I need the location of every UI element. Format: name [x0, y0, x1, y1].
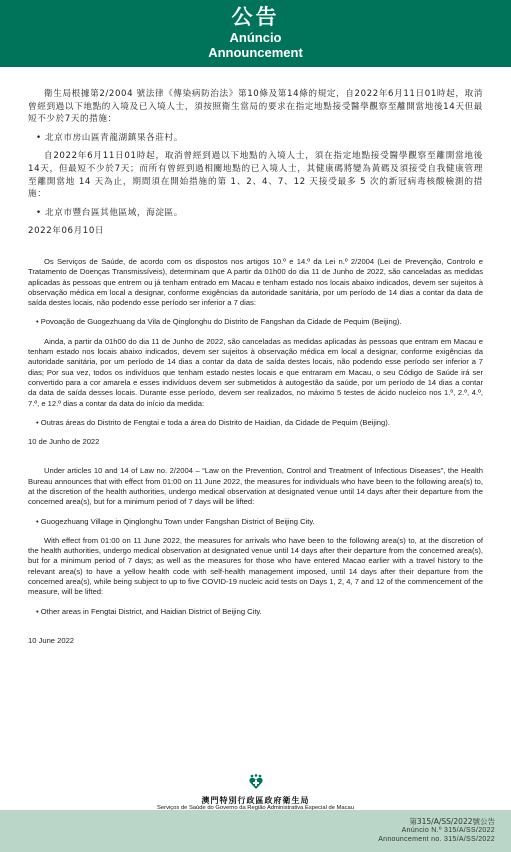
- zh-bullet-2: • 北京市豐台區其他區域，海淀區。: [28, 207, 483, 220]
- reference-numbers: 第315/A/SS/2022號公告 Anúncio N.º 315/A/SS/2…: [378, 816, 495, 844]
- zh-paragraph-2: 自2022年6月11日01時起，取消曾經到過以下地點的入境人士，須在指定地點接受…: [28, 150, 483, 200]
- pt-bullet-2: • Outras áreas do Distrito de Fengtai e …: [28, 418, 483, 428]
- zh-date: 2022年06月10日: [28, 225, 483, 238]
- organization-name-zh: 澳門特別行政區政府衛生局: [0, 796, 511, 805]
- portuguese-section: Os Serviços de Saúde, de acordo com os d…: [28, 257, 483, 447]
- reference-en: Announcement no. 315/A/SS/2022: [378, 836, 495, 845]
- title-en: Announcement: [0, 45, 511, 60]
- zh-paragraph-1: 衛生局根據第2/2004 號法律《傳染病防治法》第10條及第14條的規定，自20…: [28, 88, 483, 126]
- en-bullet-2: • Other areas in Fengtai District, and H…: [28, 607, 483, 617]
- english-section: Under articles 10 and 14 of Law no. 2/20…: [28, 466, 483, 646]
- organization-block: 澳門特別行政區政府衛生局 Serviços de Saúde do Govern…: [0, 774, 511, 812]
- en-paragraph-1: Under articles 10 and 14 of Law no. 2/20…: [28, 466, 483, 507]
- pt-bullet-1: • Povoação de Guogezhuang da Vila de Qin…: [28, 317, 483, 327]
- chinese-section: 衛生局根據第2/2004 號法律《傳染病防治法》第10條及第14條的規定，自20…: [28, 88, 483, 238]
- announcement-footer: 第315/A/SS/2022號公告 Anúncio N.º 315/A/SS/2…: [0, 810, 511, 852]
- zh-bullet-1: • 北京市房山區青龍湖鎮果各莊村。: [28, 132, 483, 145]
- announcement-header: 公告 Anúncio Announcement: [0, 0, 511, 67]
- en-bullet-1: • Guogezhuang Village in Qinglonghu Town…: [28, 517, 483, 527]
- reference-pt: Anúncio N.º 315/A/SS/2022: [378, 827, 495, 836]
- announcement-body: 衛生局根據第2/2004 號法律《傳染病防治法》第10條及第14條的規定，自20…: [28, 88, 483, 646]
- en-paragraph-2: With effect from 01:00 on 11 June 2022, …: [28, 536, 483, 598]
- pt-paragraph-2: Ainda, a partir da 01h00 do dia 11 de Ju…: [28, 337, 483, 409]
- health-bureau-heart-cross-icon: [249, 774, 263, 790]
- pt-date: 10 de Junho de 2022: [28, 437, 483, 447]
- title-pt: Anúncio: [0, 30, 511, 45]
- en-date: 10 June 2022: [28, 636, 483, 646]
- reference-zh: 第315/A/SS/2022號公告: [378, 816, 495, 827]
- title-zh: 公告: [0, 0, 511, 28]
- pt-paragraph-1: Os Serviços de Saúde, de acordo com os d…: [28, 257, 483, 308]
